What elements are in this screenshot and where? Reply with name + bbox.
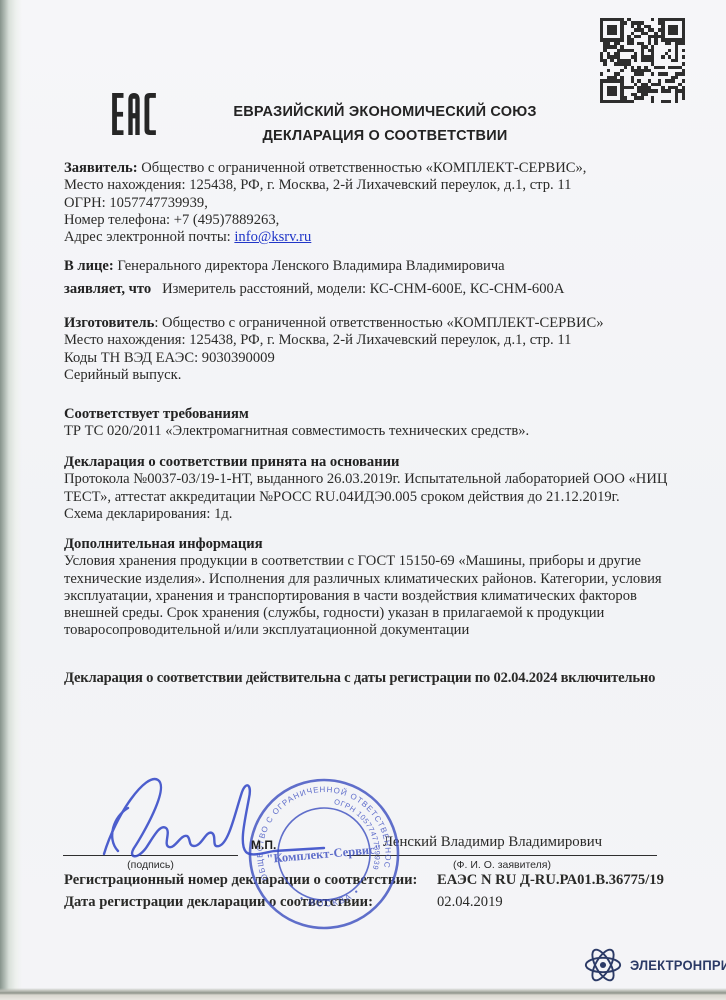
representative-label: В лице: (64, 258, 114, 274)
manufacturer-address: Место нахождения: 125438, РФ, г. Москва,… (64, 332, 604, 349)
compliance-regulation: ТР ТС 020/2011 «Электромагнитная совмест… (64, 423, 529, 440)
document-page: ЕВРАЗИЙСКИЙ ЭКОНОМИЧЕСКИЙ СОЮЗ ДЕКЛАРАЦИ… (0, 0, 726, 1000)
scan-edge-bottom (0, 988, 726, 1000)
additional-line: эксплуатации, хранения и транспортирован… (64, 588, 662, 605)
registration-date-value: 02.04.2019 (437, 894, 503, 911)
union-title: ЕВРАЗИЙСКИЙ ЭКОНОМИЧЕСКИЙ СОЮЗ (160, 104, 610, 120)
document-header: ЕВРАЗИЙСКИЙ ЭКОНОМИЧЕСКИЙ СОЮЗ ДЕКЛАРАЦИ… (160, 104, 610, 144)
page-title: ДЕКЛАРАЦИЯ О СООТВЕТСТВИИ (160, 128, 610, 144)
basis-line: Протокола №0037-03/19-1-НТ, выданного 26… (64, 471, 667, 488)
applicant-ogrn: ОГРН: 1057747739939, (64, 195, 586, 212)
manufacturer-line: Изготовитель: Общество с ограниченной от… (64, 315, 604, 332)
applicant-phone: Номер телефона: +7 (495)7889263, (64, 212, 586, 229)
handwritten-signature (88, 758, 348, 873)
compliance-heading: Соответствует требованиям (64, 406, 529, 423)
basis-block: Декларация о соответствии принята на осн… (64, 454, 667, 523)
product-name: Измеритель расстояний, модели: КС-СНМ-60… (162, 281, 564, 297)
declares-line: заявляет, что Измеритель расстояний, мод… (64, 281, 564, 298)
electronpribor-logo: ЭЛЕКТРОНПРИБОР (582, 944, 726, 986)
svg-text:• МОСКВА •: • МОСКВА • (297, 885, 363, 911)
additional-line: внешней среды. Срок хранения (службы, го… (64, 605, 662, 622)
stamp-city-text: • МОСКВА • (297, 885, 363, 911)
manufacturer-tnved: Коды ТН ВЭД ЕАЭС: 9030390009 (64, 350, 604, 367)
representative-line: В лице: Генерального директора Ленского … (64, 258, 505, 275)
additional-heading: Дополнительная информация (64, 536, 662, 553)
applicant-line: Заявитель: Общество с ограниченной ответ… (64, 160, 586, 177)
eac-logo (112, 93, 156, 135)
basis-heading: Декларация о соответствии принята на осн… (64, 454, 667, 471)
basis-line: ТЕСТ», аттестат аккредитации №РОСС RU.04… (64, 489, 667, 506)
additional-line: товаросопроводительной и/или эксплуатаци… (64, 622, 662, 639)
additional-info-block: Дополнительная информация Условия хранен… (64, 536, 662, 640)
additional-line: Условия хранения продукции в соответстви… (64, 553, 662, 570)
applicant-email-line: Адрес электронной почты: info@ksrv.ru (64, 229, 586, 246)
registration-number-value: ЕАЭС N RU Д-RU.РА01.В.36775/19 (437, 872, 664, 889)
manufacturer-label: Изготовитель (64, 315, 154, 331)
applicant-address: Место нахождения: 125438, РФ, г. Москва,… (64, 177, 586, 194)
email-link[interactable]: info@ksrv.ru (234, 229, 311, 245)
atom-icon (582, 944, 624, 986)
declares-label: заявляет, что (64, 281, 151, 297)
applicant-fio: Ленский Владимир Владимирович (383, 834, 602, 851)
qr-code-icon (600, 18, 685, 103)
additional-line: технические изделия». Исполнения для раз… (64, 571, 662, 588)
compliance-block: Соответствует требованиям ТР ТС 020/2011… (64, 406, 529, 441)
applicant-label: Заявитель: (64, 160, 138, 176)
scan-edge-left (0, 0, 22, 1000)
applicant-block: Заявитель: Общество с ограниченной ответ… (64, 160, 586, 246)
manufacturer-serial: Серийный выпуск. (64, 367, 604, 384)
validity-statement: Декларация о соответствии действительна … (64, 670, 655, 687)
basis-scheme: Схема декларирования: 1д. (64, 506, 667, 523)
stamp-place-label: М.П. (251, 838, 276, 852)
manufacturer-block: Изготовитель: Общество с ограниченной от… (64, 315, 604, 384)
brand-name: ЭЛЕКТРОНПРИБОР (630, 957, 726, 973)
